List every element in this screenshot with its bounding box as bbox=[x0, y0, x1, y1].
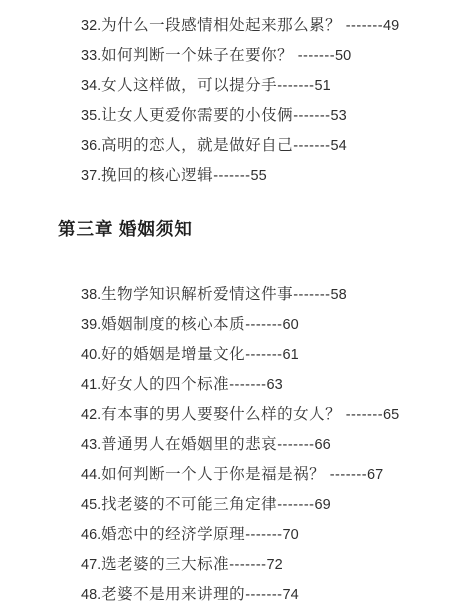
chapter-heading: 第三章 婚姻须知 bbox=[58, 215, 459, 244]
entry-leader: ------- bbox=[277, 78, 314, 94]
toc-entry: 40.好的婚姻是增量文化-------61 bbox=[81, 340, 449, 370]
entry-page-number: 69 bbox=[315, 497, 331, 513]
toc-entry: 38.生物学知识解析爱情这件事-------58 bbox=[81, 280, 449, 310]
toc-entry: 44.如何判断一个人于你是福是祸？ -------67 bbox=[81, 460, 449, 490]
entry-leader: ------- bbox=[245, 527, 282, 543]
entry-page-number: 51 bbox=[315, 78, 331, 94]
entry-number: 36. bbox=[81, 138, 101, 154]
entry-leader: ------- bbox=[229, 557, 266, 573]
entry-leader: ------- bbox=[293, 48, 335, 64]
entry-leader: ------- bbox=[245, 317, 282, 333]
entry-title: 为什么一段感情相处起来那么累？ bbox=[101, 17, 341, 34]
toc-entry: 37.挽回的核心逻辑-------55 bbox=[81, 161, 449, 191]
entry-number: 39. bbox=[81, 317, 101, 333]
entry-number: 44. bbox=[81, 467, 101, 483]
entry-page-number: 74 bbox=[283, 587, 299, 603]
entry-page-number: 54 bbox=[331, 138, 347, 154]
entry-leader: ------- bbox=[293, 287, 330, 303]
entry-page-number: 55 bbox=[251, 168, 267, 184]
entry-title: 选老婆的三大标准 bbox=[101, 556, 229, 573]
entry-page-number: 58 bbox=[331, 287, 347, 303]
entry-title: 婚姻制度的核心本质 bbox=[101, 316, 245, 333]
entry-title: 婚恋中的经济学原理 bbox=[101, 526, 245, 543]
entry-leader: ------- bbox=[293, 108, 330, 124]
toc-entry: 42.有本事的男人要娶什么样的女人？ -------65 bbox=[81, 400, 449, 430]
entry-number: 42. bbox=[81, 407, 101, 423]
toc-entry: 32.为什么一段感情相处起来那么累？ -------49 bbox=[81, 11, 449, 41]
entry-title: 普通男人在婚姻里的悲哀 bbox=[101, 436, 277, 453]
entry-title: 好的婚姻是增量文化 bbox=[101, 346, 245, 363]
entry-page-number: 60 bbox=[283, 317, 299, 333]
entry-number: 32. bbox=[81, 18, 101, 34]
toc-entry: 45.找老婆的不可能三角定律-------69 bbox=[81, 490, 449, 520]
toc-entry: 43.普通男人在婚姻里的悲哀-------66 bbox=[81, 430, 449, 460]
toc-entry: 41.好女人的四个标准-------63 bbox=[81, 370, 449, 400]
entry-leader: ------- bbox=[229, 377, 266, 393]
entry-title: 如何判断一个妹子在要你？ bbox=[101, 47, 293, 64]
entry-leader: ------- bbox=[277, 497, 314, 513]
entry-leader: ------- bbox=[293, 138, 330, 154]
entry-number: 34. bbox=[81, 78, 101, 94]
entry-page-number: 70 bbox=[283, 527, 299, 543]
toc-entry: 36.高明的恋人，就是做好自己-------54 bbox=[81, 131, 449, 161]
entry-page-number: 65 bbox=[383, 407, 399, 423]
entry-leader: ------- bbox=[325, 467, 367, 483]
entry-leader: ------- bbox=[341, 18, 383, 34]
entry-leader: ------- bbox=[341, 407, 383, 423]
entry-number: 33. bbox=[81, 48, 101, 64]
toc-entry: 48.老婆不是用来讲理的-------74 bbox=[81, 580, 449, 610]
entry-page-number: 67 bbox=[367, 467, 383, 483]
entry-number: 43. bbox=[81, 437, 101, 453]
entry-leader: ------- bbox=[277, 437, 314, 453]
entry-page-number: 61 bbox=[283, 347, 299, 363]
entry-title: 找老婆的不可能三角定律 bbox=[101, 496, 277, 513]
entry-title: 好女人的四个标准 bbox=[101, 376, 229, 393]
entry-title: 挽回的核心逻辑 bbox=[101, 167, 213, 184]
entry-title: 如何判断一个人于你是福是祸？ bbox=[101, 466, 325, 483]
toc-entries: 32.为什么一段感情相处起来那么累？ -------4933.如何判断一个妹子在… bbox=[0, 11, 459, 610]
toc-entry: 35.让女人更爱你需要的小伎俩-------53 bbox=[81, 101, 449, 131]
entry-title: 高明的恋人，就是做好自己 bbox=[101, 137, 293, 154]
entry-title: 老婆不是用来讲理的 bbox=[101, 586, 245, 603]
entry-number: 46. bbox=[81, 527, 101, 543]
entry-number: 41. bbox=[81, 377, 101, 393]
entry-title: 生物学知识解析爱情这件事 bbox=[101, 286, 293, 303]
toc-entry: 34.女人这样做，可以提分手-------51 bbox=[81, 71, 449, 101]
entry-page-number: 66 bbox=[315, 437, 331, 453]
toc-page: 32.为什么一段感情相处起来那么累？ -------4933.如何判断一个妹子在… bbox=[0, 0, 459, 610]
entry-page-number: 72 bbox=[267, 557, 283, 573]
entry-number: 40. bbox=[81, 347, 101, 363]
entry-leader: ------- bbox=[245, 587, 282, 603]
entry-page-number: 50 bbox=[335, 48, 351, 64]
entry-page-number: 63 bbox=[267, 377, 283, 393]
toc-entry: 47.选老婆的三大标准-------72 bbox=[81, 550, 449, 580]
entry-title: 有本事的男人要娶什么样的女人？ bbox=[101, 406, 341, 423]
entry-title: 让女人更爱你需要的小伎俩 bbox=[101, 107, 293, 124]
entry-number: 38. bbox=[81, 287, 101, 303]
entry-leader: ------- bbox=[213, 168, 250, 184]
entry-number: 48. bbox=[81, 587, 101, 603]
entry-page-number: 49 bbox=[383, 18, 399, 34]
toc-entry: 46.婚恋中的经济学原理-------70 bbox=[81, 520, 449, 550]
entry-number: 47. bbox=[81, 557, 101, 573]
entry-number: 37. bbox=[81, 168, 101, 184]
entry-page-number: 53 bbox=[331, 108, 347, 124]
entry-number: 45. bbox=[81, 497, 101, 513]
toc-entry: 33.如何判断一个妹子在要你？ -------50 bbox=[81, 41, 449, 71]
entry-leader: ------- bbox=[245, 347, 282, 363]
entry-number: 35. bbox=[81, 108, 101, 124]
toc-entry: 39.婚姻制度的核心本质-------60 bbox=[81, 310, 449, 340]
entry-title: 女人这样做，可以提分手 bbox=[101, 77, 277, 94]
